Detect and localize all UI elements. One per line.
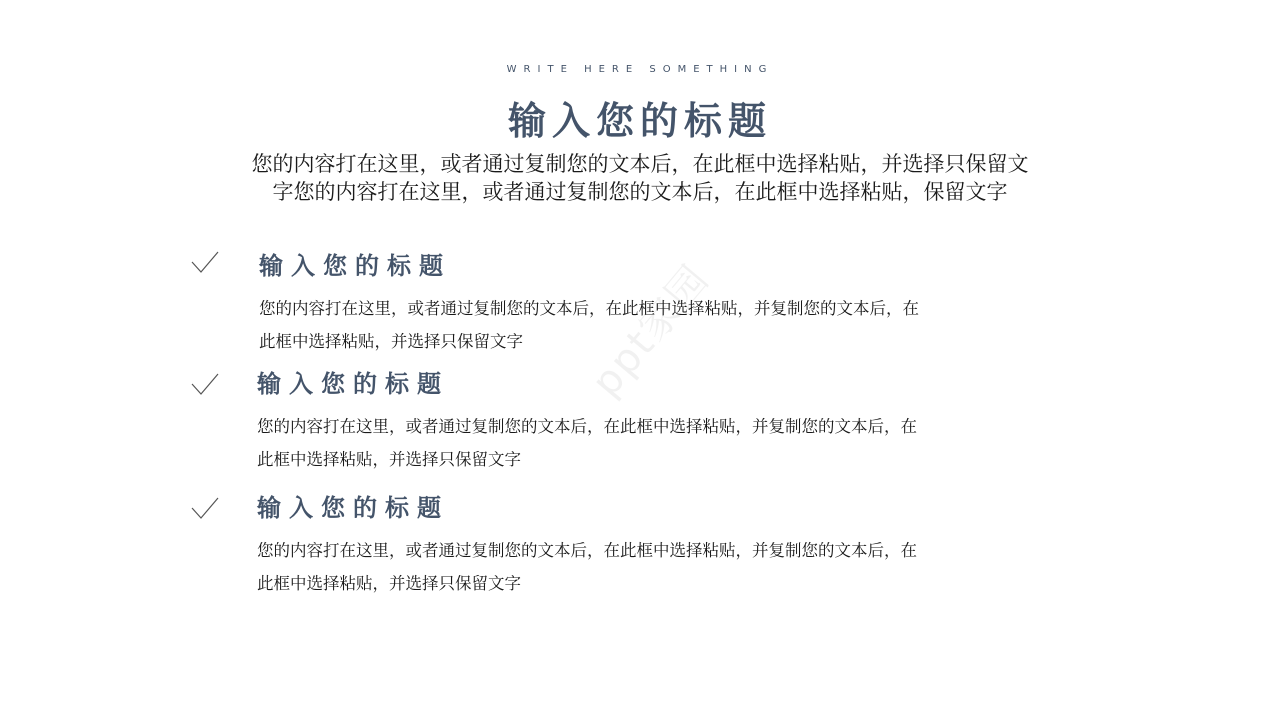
intro-line-1: 您的内容打在这里，或者通过复制您的文本后，在此框中选择粘贴，并选择只保留文 xyxy=(200,150,1080,178)
item-body-line-2: 此框中选择粘贴，并选择只保留文字 xyxy=(257,567,1017,600)
intro-line-2: 字您的内容打在这里，或者通过复制您的文本后，在此框中选择粘贴，保留文字 xyxy=(200,178,1080,206)
item-body-line-1: 您的内容打在这里，或者通过复制您的文本后，在此框中选择粘贴，并复制您的文本后，在 xyxy=(257,410,1017,443)
item-body-line-2: 此框中选择粘贴，并选择只保留文字 xyxy=(257,443,1017,476)
check-icon xyxy=(190,250,220,274)
item-title: 输入您的标题 xyxy=(259,246,451,281)
item-body-line-1: 您的内容打在这里，或者通过复制您的文本后，在此框中选择粘贴，并复制您的文本后，在 xyxy=(259,292,1019,325)
check-icon xyxy=(190,372,220,396)
item-body: 您的内容打在这里，或者通过复制您的文本后，在此框中选择粘贴，并复制您的文本后，在… xyxy=(259,292,1019,358)
intro-paragraph: 您的内容打在这里，或者通过复制您的文本后，在此框中选择粘贴，并选择只保留文 字您… xyxy=(200,150,1080,206)
item-title: 输入您的标题 xyxy=(257,364,449,399)
item-body: 您的内容打在这里，或者通过复制您的文本后，在此框中选择粘贴，并复制您的文本后，在… xyxy=(257,534,1017,600)
kicker-text: WRITE HERE SOMETHING xyxy=(0,64,1280,75)
item-body-line-1: 您的内容打在这里，或者通过复制您的文本后，在此框中选择粘贴，并复制您的文本后，在 xyxy=(257,534,1017,567)
check-icon xyxy=(190,496,220,520)
item-title: 输入您的标题 xyxy=(257,488,449,523)
page-title: 输入您的标题 xyxy=(0,90,1280,145)
item-body: 您的内容打在这里，或者通过复制您的文本后，在此框中选择粘贴，并复制您的文本后，在… xyxy=(257,410,1017,476)
item-body-line-2: 此框中选择粘贴，并选择只保留文字 xyxy=(259,325,1019,358)
